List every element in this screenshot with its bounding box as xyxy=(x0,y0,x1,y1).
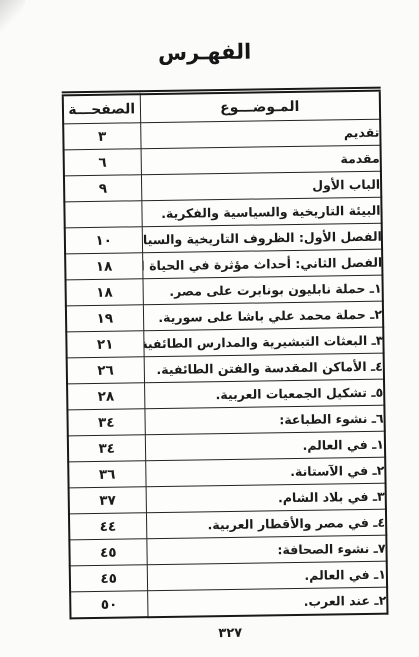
toc-rows: تقديم ٣ مقدمة ٦ الباب الأول ٩ البيئة الت… xyxy=(63,119,387,618)
toc-entry-title: ١ـ حملة نابليون بونابرت على مصر. xyxy=(142,275,382,305)
toc-entry-page: ٤٥ xyxy=(69,539,146,566)
toc-entry-page: ٣٤ xyxy=(67,409,144,436)
toc-entry-page: ١٠ xyxy=(65,227,142,254)
toc-entry-title: ٣ـ البعثات التبشيرية والمدارس الطائفية. xyxy=(143,327,383,357)
toc-entry-title: تقديم xyxy=(140,119,380,149)
toc-entry-page: ٢٨ xyxy=(67,383,144,410)
folio-page-number: ٣٢٧ xyxy=(72,624,389,644)
toc-entry-page: ٣٤ xyxy=(68,435,145,462)
header-row: المـوضـــوع الصفحـــة xyxy=(63,89,380,124)
toc-entry-title: ٥ـ تشكيل الجمعيات العربية. xyxy=(144,379,384,409)
toc-entry-page: ٣٧ xyxy=(69,487,146,514)
toc-entry-title: ٣ـ في بلاد الشام. xyxy=(146,483,386,513)
toc-entry-page: ٥٠ xyxy=(70,591,147,619)
toc-entry-title: ٢ـ في الآستانة. xyxy=(145,457,385,487)
toc-entry-page: ٣٦ xyxy=(68,461,145,488)
toc-entry-title: الفصل الثاني: أحداث مؤثرة في الحياة الفك… xyxy=(142,249,382,279)
toc-entry-page: ٤٥ xyxy=(70,565,147,592)
toc-entry-page: ٤٤ xyxy=(69,513,146,540)
table-row: ٢ـ عند العرب. ٥٠ xyxy=(70,587,387,618)
page-title: الفهـرس xyxy=(0,37,414,67)
page-content: الفهـرس المـوضـــوع الصفحـــة تقديم ٣ مق… xyxy=(0,37,419,644)
scanned-page: الفهـرس المـوضـــوع الصفحـــة تقديم ٣ مق… xyxy=(0,0,419,657)
toc-entry-page: ١٩ xyxy=(66,305,143,332)
toc-entry-page: ٩ xyxy=(64,175,141,202)
page-column-header: الصفحـــة xyxy=(63,93,140,124)
toc-entry-title: ٤ـ الأماكن المقدسة والفتن الطائفية. xyxy=(144,353,384,383)
toc-entry-title: ٢ـ حملة محمد علي باشا على سورية. xyxy=(143,301,383,331)
toc-table: المـوضـــوع الصفحـــة تقديم ٣ مقدمة ٦ ال… xyxy=(62,87,389,620)
scan-artifact xyxy=(0,0,26,41)
toc-entry-title: ١ـ في العالم. xyxy=(145,431,385,461)
toc-entry-page xyxy=(64,201,141,228)
toc-entry-title: الفصل الأول: الظروف التاريخية والسياسية. xyxy=(142,223,382,253)
toc-entry-title: البيئة التاريخية والسياسية والفكرية. xyxy=(141,197,381,227)
toc-entry-title: ٧ـ نشوء الصحافة: xyxy=(146,535,386,565)
subject-column-header: المـوضـــوع xyxy=(140,89,380,123)
toc-entry-page: ٦ xyxy=(64,149,141,176)
toc-entry-page: ٢١ xyxy=(66,331,143,358)
toc-entry-page: ١٨ xyxy=(65,253,142,280)
toc-entry-title: الباب الأول xyxy=(141,171,381,201)
toc-entry-page: ٣ xyxy=(63,123,140,150)
toc-entry-page: ١٨ xyxy=(65,279,142,306)
toc-entry-title: مقدمة xyxy=(141,145,381,175)
toc-entry-title: ٤ـ في مصر والأقطار العربية. xyxy=(146,509,386,539)
toc-entry-page: ٢٦ xyxy=(67,357,144,384)
toc-entry-title: ٦ـ نشوء الطباعة: xyxy=(144,405,384,435)
toc-entry-title: ٢ـ عند العرب. xyxy=(147,587,387,617)
toc-entry-title: ١ـ في العالم. xyxy=(147,561,387,591)
